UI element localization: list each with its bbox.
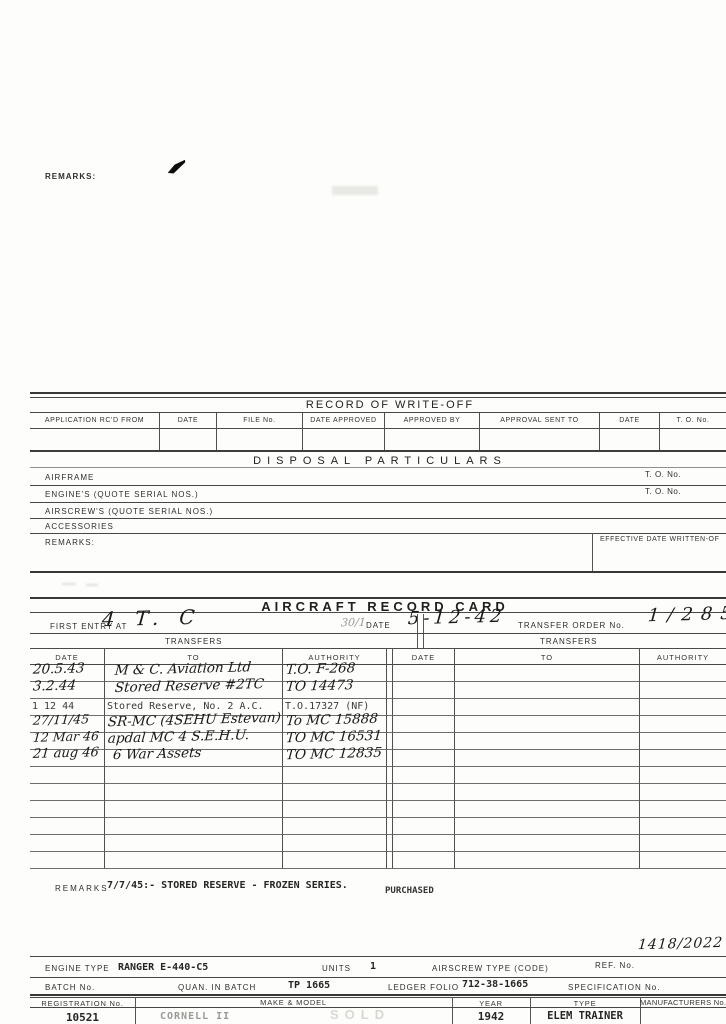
- transfers-label-left: TRANSFERS: [165, 637, 222, 646]
- write-off-empty-cell: [303, 429, 385, 450]
- ink-mark: [166, 160, 186, 175]
- vline: [417, 614, 418, 648]
- specification-label: SPECIFICATION No.: [568, 983, 660, 992]
- transfer-cell: [640, 835, 726, 852]
- record-card-date-label: DATE: [366, 621, 391, 630]
- transfer-cell: [105, 801, 283, 818]
- transfer-cell: [640, 852, 726, 869]
- rule: [30, 994, 726, 996]
- transfer-date: 3.2.44: [32, 677, 76, 694]
- rule: [30, 392, 726, 394]
- write-off-col-header: DATE: [160, 413, 217, 429]
- rule: [30, 397, 726, 398]
- quan-in-batch-label: QUAN. IN BATCH: [178, 983, 256, 992]
- transfer-cell: [30, 767, 105, 784]
- transfer-to: SR-MC (4SEHU Estevan): [107, 710, 281, 731]
- transfer-cell: [455, 750, 640, 767]
- batch-no-label: BATCH No.: [45, 983, 95, 992]
- write-off-col-header: T. O. No.: [660, 413, 726, 429]
- write-off-empty-cell: [480, 429, 600, 450]
- transfer-authority: TO 14473: [285, 677, 354, 695]
- transfer-cell: [455, 665, 640, 682]
- transfer-cell: [455, 784, 640, 801]
- purchased-note: PURCHASED: [385, 886, 434, 896]
- transfer-date: 20.5.43: [32, 660, 85, 677]
- transfers-table: DATE TO AUTHORITY DATE TO AUTHORITY 20.5…: [30, 648, 726, 869]
- handwritten-ref: 1418/2022: [637, 935, 723, 953]
- type-label: TYPE: [530, 999, 640, 1008]
- write-off-col-header: DATE: [600, 413, 660, 429]
- transfer-to: M & C. Aviation Ltd: [114, 659, 252, 679]
- rule: [30, 571, 726, 573]
- scan-artifact: [62, 583, 76, 585]
- transfers-label-right: TRANSFERS: [540, 637, 597, 646]
- transfer-cell: [640, 767, 726, 784]
- transfer-cell: [105, 767, 283, 784]
- transfer-authority: T.O. F-268: [285, 660, 356, 678]
- to-no-label: T. O. No.: [645, 487, 681, 496]
- transfer-authority: T.O.17327 (NF): [285, 701, 369, 712]
- year-value: 1942: [452, 1010, 530, 1023]
- transfer-cell: [455, 835, 640, 852]
- transfer-cell: [393, 665, 455, 682]
- transfer-cell: [30, 818, 105, 835]
- year-label: YEAR: [452, 999, 530, 1008]
- transfer-cell: [393, 801, 455, 818]
- transfer-date: 21 aug 46: [32, 745, 99, 762]
- registration-value: 10521: [30, 1011, 135, 1024]
- aircraft-record-card-document: REMARKS: RECORD OF WRITE-OFF APPLICATION…: [0, 0, 726, 1024]
- to-no-label: T. O. No.: [645, 470, 681, 479]
- transfer-cell: [393, 767, 455, 784]
- transfer-cell: TO 14473: [283, 682, 387, 699]
- transfer-cell: [105, 784, 283, 801]
- transfer-cell: [393, 750, 455, 767]
- transfer-cell: [393, 716, 455, 733]
- transfer-authority: TO MC 12835: [285, 745, 382, 764]
- transfer-cell: [105, 818, 283, 835]
- transfer-cell: [640, 750, 726, 767]
- effective-date-label: EFFECTIVE DATE WRITTEN-OF: [600, 536, 719, 543]
- transfer-cell: Stored Reserve #2TC: [105, 682, 283, 699]
- transfer-cell: [283, 852, 387, 869]
- transfer-cell: [30, 852, 105, 869]
- quan-in-batch-value: TP 1665: [288, 980, 330, 991]
- transfer-cell: [393, 733, 455, 750]
- rule: [30, 485, 726, 486]
- transfer-cell: [455, 733, 640, 750]
- write-off-col-header: FILE No.: [217, 413, 303, 429]
- transfer-date: 27/11/45: [32, 711, 89, 727]
- transfer-cell: [30, 784, 105, 801]
- transfer-cell: [640, 801, 726, 818]
- transfer-order-label: TRANSFER ORDER No.: [518, 621, 625, 630]
- disposal-row-engines: ENGINE'S (QUOTE SERIAL NOS.): [45, 490, 199, 499]
- transfer-cell: [105, 835, 283, 852]
- units-value: 1: [370, 961, 376, 972]
- transfer-date: 1 12 44: [32, 701, 74, 712]
- transfer-cell: [393, 699, 455, 716]
- transfer-cell: [393, 682, 455, 699]
- write-off-empty-cell: [600, 429, 660, 450]
- write-off-col-header: APPROVAL SENT TO: [480, 413, 600, 429]
- write-off-title: RECORD OF WRITE-OFF: [30, 399, 726, 411]
- write-off-table: APPLICATION RC'D FROM DATE FILE No. DATE…: [30, 413, 726, 452]
- transfers-remarks-label: REMARKS: [55, 884, 109, 893]
- vline: [423, 614, 424, 648]
- transfers-col-to: TO: [455, 649, 640, 665]
- vline: [592, 533, 593, 571]
- top-remarks-label: REMARKS:: [45, 172, 96, 181]
- disposal-row-airscrews: AIRSCREW'S (QUOTE SERIAL NOS.): [45, 507, 213, 516]
- transfer-cell: [640, 818, 726, 835]
- registration-label: REGISTRATION No.: [30, 999, 135, 1008]
- write-off-empty-cell: [160, 429, 217, 450]
- disposal-row-accessories: ACCESSORIES: [45, 522, 114, 531]
- transfer-authority: To MC 15888: [285, 711, 378, 729]
- engine-type-value: RANGER E-440-C5: [118, 962, 208, 973]
- type-value: ELEM TRAINER: [530, 1010, 640, 1022]
- disposal-row-remarks: REMARKS:: [45, 538, 95, 547]
- transfer-cell: [455, 818, 640, 835]
- transfer-cell: [455, 852, 640, 869]
- make-model-value: CORNELL II: [160, 1011, 230, 1022]
- rule: [30, 977, 726, 978]
- rule: [30, 956, 726, 957]
- transfer-cell: [30, 801, 105, 818]
- rule: [30, 633, 726, 634]
- transfers-col-date: DATE: [393, 649, 455, 665]
- transfers-remarks-value: 7/7/45:- STORED RESERVE - FROZEN SERIES.: [107, 880, 348, 891]
- transfer-cell: [455, 801, 640, 818]
- scan-artifact: [332, 186, 378, 195]
- transfer-cell: 3.2.44: [30, 682, 105, 699]
- rule: [30, 467, 726, 468]
- scan-artifact: [86, 584, 98, 586]
- transfer-cell: [30, 835, 105, 852]
- transfer-cell: [455, 716, 640, 733]
- transfer-cell: [393, 784, 455, 801]
- write-off-col-header: APPLICATION RC'D FROM: [30, 413, 160, 429]
- rule: [30, 502, 726, 503]
- transfer-cell: [455, 699, 640, 716]
- transfer-cell: 21 aug 46: [30, 750, 105, 767]
- transfer-cell: [393, 835, 455, 852]
- rule: [30, 518, 726, 519]
- disposal-title: DISPOSAL PARTICULARS: [30, 455, 726, 467]
- disposal-row-airframe: AIRFRAME: [45, 473, 94, 482]
- write-off-empty-cell: [385, 429, 480, 450]
- transfer-to: apdal MC 4 S.E.H.U.: [107, 727, 250, 747]
- transfer-cell: [393, 818, 455, 835]
- transfer-to: Stored Reserve #2TC: [114, 676, 264, 696]
- first-entry-value: 4 T. C: [101, 605, 203, 632]
- write-off-col-header: APPROVED BY: [385, 413, 480, 429]
- transfer-cell: [640, 699, 726, 716]
- write-off-empty-cell: [217, 429, 303, 450]
- airscrew-type-label: AIRSCREW TYPE (CODE): [432, 964, 549, 973]
- ledger-folio-label: LEDGER FOLIO: [388, 983, 459, 992]
- transfer-cell: [640, 665, 726, 682]
- transfer-cell: [283, 767, 387, 784]
- rule: [30, 533, 726, 534]
- transfer-cell: [105, 852, 283, 869]
- manufacturers-label: MANUFACTURERS No.: [640, 998, 726, 1007]
- transfer-cell: [283, 818, 387, 835]
- units-label: UNITS: [322, 964, 351, 973]
- transfer-cell: [455, 682, 640, 699]
- transfer-cell: [640, 784, 726, 801]
- date-prefix-note: 30/1: [340, 616, 366, 630]
- engine-type-label: ENGINE TYPE: [45, 964, 110, 973]
- transfer-cell: [393, 852, 455, 869]
- transfer-cell: [640, 716, 726, 733]
- transfer-to: 6 War Assets: [112, 745, 202, 763]
- transfer-cell: 6 War Assets: [105, 750, 283, 767]
- write-off-col-header: DATE APPROVED: [303, 413, 385, 429]
- transfers-col-authority: AUTHORITY: [640, 649, 726, 665]
- sold-stamp: SOLD: [330, 1007, 390, 1022]
- transfer-cell: [283, 801, 387, 818]
- ref-no-label: REF. No.: [595, 961, 635, 970]
- transfer-cell: [283, 835, 387, 852]
- transfer-authority: TO MC 16531: [285, 728, 382, 747]
- transfer-cell: TO MC 12835: [283, 750, 387, 767]
- transfer-cell: [640, 733, 726, 750]
- write-off-empty-cell: [660, 429, 726, 450]
- make-model-label: MAKE & MODEL: [135, 998, 452, 1007]
- transfer-cell: [283, 784, 387, 801]
- write-off-empty-cell: [30, 429, 160, 450]
- transfer-order-value: 1/285: [647, 603, 726, 626]
- ledger-folio-value: 712-38-1665: [462, 979, 528, 990]
- transfer-cell: [640, 682, 726, 699]
- record-card-date-value: 5-12-42: [407, 606, 506, 630]
- transfer-cell: [455, 767, 640, 784]
- transfer-date: 12 Mar 46: [32, 728, 99, 745]
